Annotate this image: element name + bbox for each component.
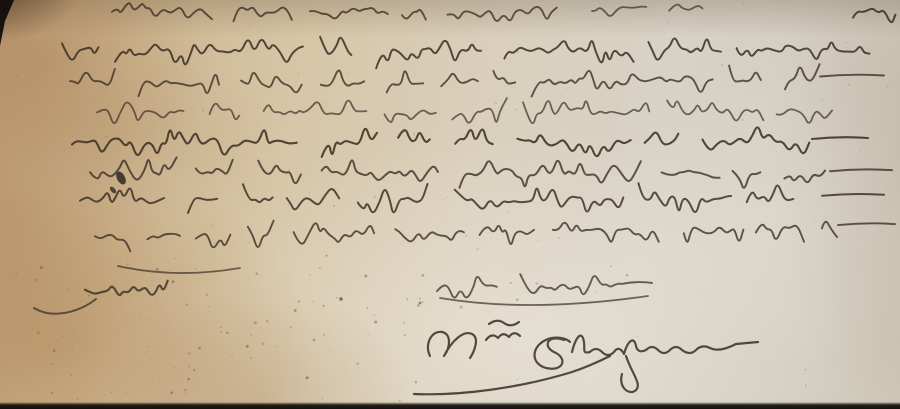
speck bbox=[697, 1, 699, 3]
speck bbox=[596, 292, 598, 294]
speck bbox=[298, 73, 300, 75]
speck bbox=[422, 301, 423, 302]
speck bbox=[312, 301, 313, 302]
speck bbox=[403, 132, 404, 133]
speck bbox=[105, 136, 107, 138]
speck bbox=[322, 398, 324, 400]
speck bbox=[306, 376, 309, 379]
flourish-underline-probatum bbox=[440, 296, 648, 305]
speck bbox=[846, 74, 848, 76]
speck bbox=[188, 366, 190, 368]
speck bbox=[17, 75, 19, 77]
manuscript-photo bbox=[0, 0, 900, 409]
speck bbox=[691, 360, 692, 361]
speck bbox=[267, 372, 268, 373]
speck bbox=[475, 344, 476, 345]
speck bbox=[173, 367, 175, 369]
speck bbox=[184, 389, 186, 391]
speck bbox=[415, 381, 417, 383]
speck bbox=[570, 167, 571, 168]
speck bbox=[406, 298, 408, 300]
handwriting-line-top-fragment-d bbox=[853, 9, 895, 22]
speck bbox=[73, 309, 74, 310]
speck bbox=[130, 373, 131, 374]
speck bbox=[186, 304, 188, 306]
speck bbox=[421, 274, 424, 277]
speck bbox=[15, 45, 17, 47]
speck bbox=[404, 334, 406, 336]
speck bbox=[848, 84, 850, 86]
photo-edge-corner bbox=[0, 0, 14, 46]
speck bbox=[637, 87, 638, 88]
speck bbox=[276, 346, 277, 347]
speck bbox=[202, 110, 204, 112]
speck bbox=[482, 75, 483, 76]
speck bbox=[367, 39, 368, 40]
speck bbox=[195, 269, 196, 270]
speck bbox=[322, 305, 324, 307]
speck bbox=[567, 88, 568, 89]
speck bbox=[125, 392, 127, 394]
speck bbox=[71, 374, 72, 375]
speck bbox=[288, 169, 290, 171]
speck bbox=[111, 392, 112, 393]
signature-stroke-0 bbox=[428, 332, 476, 358]
speck bbox=[258, 4, 259, 5]
speck bbox=[464, 326, 465, 327]
speck bbox=[857, 73, 858, 74]
speck bbox=[446, 197, 447, 198]
speck bbox=[212, 224, 214, 226]
shakespeare-signature bbox=[414, 321, 758, 395]
speck bbox=[151, 359, 152, 360]
speck bbox=[9, 81, 11, 83]
speck bbox=[16, 274, 17, 275]
speck bbox=[56, 109, 57, 110]
speck bbox=[187, 378, 190, 381]
handwriting-line-top-fragment-a bbox=[112, 3, 388, 21]
speck bbox=[221, 332, 223, 334]
speck bbox=[198, 347, 201, 350]
speck bbox=[325, 102, 326, 103]
speck bbox=[515, 109, 517, 111]
speck bbox=[860, 151, 862, 153]
speck bbox=[634, 199, 635, 200]
speck bbox=[517, 51, 519, 53]
speck bbox=[72, 346, 73, 347]
speck bbox=[805, 369, 807, 371]
speck bbox=[374, 315, 375, 316]
handwriting-lines bbox=[62, 3, 895, 297]
speck bbox=[193, 369, 195, 371]
speck bbox=[206, 294, 208, 296]
speck bbox=[53, 363, 54, 364]
speck bbox=[291, 86, 293, 88]
speck bbox=[149, 317, 151, 319]
speck bbox=[537, 240, 538, 241]
speck bbox=[846, 42, 848, 44]
speck bbox=[364, 275, 367, 278]
speck bbox=[37, 331, 40, 334]
speck bbox=[266, 320, 268, 322]
speck-group-foxing-bottom-left bbox=[16, 255, 425, 402]
speck bbox=[250, 334, 252, 336]
speck bbox=[821, 99, 823, 101]
speck bbox=[759, 76, 760, 77]
handwriting-line-top-fragment-b bbox=[402, 7, 557, 21]
handwriting-line-word-seale bbox=[85, 281, 168, 295]
speck bbox=[142, 330, 143, 331]
speck bbox=[309, 274, 310, 275]
speck bbox=[521, 274, 523, 276]
speck bbox=[170, 391, 173, 394]
speck bbox=[40, 266, 43, 269]
speck bbox=[666, 22, 667, 23]
speck bbox=[318, 267, 320, 269]
speck bbox=[773, 108, 774, 109]
speck bbox=[35, 279, 37, 281]
speck bbox=[403, 322, 405, 324]
speck bbox=[842, 158, 843, 159]
speck bbox=[721, 64, 723, 66]
speck bbox=[248, 242, 250, 244]
handwriting-line-line-7 bbox=[95, 221, 895, 252]
speck bbox=[309, 192, 310, 193]
speck bbox=[250, 357, 252, 359]
speck bbox=[246, 345, 249, 348]
speck bbox=[185, 393, 187, 395]
speck bbox=[367, 307, 369, 309]
speck bbox=[743, 3, 745, 5]
speck bbox=[254, 321, 257, 324]
speck bbox=[534, 7, 536, 9]
speck bbox=[330, 351, 331, 352]
speck bbox=[610, 266, 612, 268]
speck bbox=[465, 235, 467, 237]
handwriting-line-line-1 bbox=[62, 37, 869, 68]
speck bbox=[326, 255, 328, 257]
speck bbox=[249, 26, 250, 27]
handwriting-line-line-4 bbox=[72, 127, 868, 156]
speck bbox=[636, 336, 637, 337]
speck bbox=[417, 304, 420, 307]
speck bbox=[172, 280, 175, 283]
speck bbox=[51, 364, 52, 365]
speck bbox=[413, 133, 415, 135]
speck bbox=[460, 306, 463, 309]
ink-strokes bbox=[34, 3, 895, 394]
speck bbox=[256, 273, 258, 275]
speck bbox=[767, 195, 768, 196]
ink-blot-1 bbox=[109, 186, 118, 195]
signature-stroke-1 bbox=[486, 333, 520, 340]
speck bbox=[374, 196, 376, 198]
speck bbox=[621, 386, 622, 387]
speck bbox=[368, 334, 369, 335]
signature-stroke-4 bbox=[572, 336, 758, 355]
handwriting-line-line-3 bbox=[97, 98, 832, 123]
speck bbox=[672, 54, 673, 55]
speck bbox=[88, 295, 90, 297]
speck bbox=[294, 309, 297, 312]
flourish-underline-line7-left bbox=[118, 266, 240, 273]
signature-stroke-3 bbox=[535, 338, 570, 369]
signature-stroke-2 bbox=[489, 321, 519, 326]
speck bbox=[697, 294, 698, 295]
speck bbox=[51, 392, 53, 394]
speck bbox=[286, 367, 287, 368]
handwriting-line-top-fragment-c bbox=[592, 5, 703, 16]
speck bbox=[131, 95, 133, 97]
speck bbox=[626, 274, 628, 276]
speck bbox=[127, 263, 129, 265]
speck bbox=[356, 362, 359, 365]
ink-blot-2 bbox=[339, 297, 343, 301]
speck bbox=[510, 282, 512, 284]
speck bbox=[146, 346, 148, 348]
speck bbox=[231, 355, 232, 356]
speck bbox=[156, 268, 159, 271]
signature-stroke-5 bbox=[621, 356, 638, 392]
speck bbox=[77, 398, 79, 400]
handwriting-line-line-6 bbox=[80, 183, 884, 213]
speck bbox=[336, 297, 337, 298]
speck bbox=[498, 324, 500, 326]
handwriting-line-line-probatum bbox=[437, 274, 652, 298]
speck bbox=[636, 9, 637, 10]
speck bbox=[323, 334, 325, 336]
speck bbox=[51, 158, 52, 159]
speck bbox=[31, 207, 32, 208]
speck bbox=[188, 333, 189, 334]
speck bbox=[374, 321, 377, 324]
speck bbox=[508, 212, 509, 213]
speck bbox=[188, 352, 191, 355]
speck bbox=[558, 237, 560, 239]
speck bbox=[51, 296, 52, 297]
speck bbox=[220, 327, 221, 328]
speck bbox=[208, 306, 209, 307]
speck bbox=[805, 385, 807, 387]
speck bbox=[516, 299, 518, 301]
handwriting-layer bbox=[0, 0, 900, 409]
speck bbox=[741, 119, 743, 121]
speck bbox=[155, 296, 157, 298]
speck bbox=[584, 402, 586, 404]
handwriting-line-line-2 bbox=[70, 64, 884, 96]
speck bbox=[53, 350, 55, 352]
speck bbox=[419, 298, 421, 300]
speck bbox=[346, 73, 347, 74]
speck bbox=[62, 335, 64, 337]
speck bbox=[536, 282, 539, 285]
handwriting-line-line-5 bbox=[90, 157, 892, 187]
speck bbox=[446, 218, 447, 219]
speck bbox=[676, 146, 677, 147]
speck bbox=[333, 205, 335, 207]
speck bbox=[174, 258, 175, 259]
speck bbox=[313, 339, 316, 342]
speck bbox=[495, 102, 497, 104]
speck bbox=[262, 343, 264, 345]
speck bbox=[595, 400, 596, 401]
speck bbox=[257, 125, 259, 127]
speck bbox=[399, 400, 401, 402]
speck bbox=[785, 249, 786, 250]
speck bbox=[140, 314, 141, 315]
speck bbox=[159, 378, 160, 379]
speck bbox=[298, 300, 300, 302]
speck bbox=[517, 379, 519, 381]
speck bbox=[67, 289, 69, 291]
speck bbox=[83, 27, 85, 29]
speck bbox=[548, 229, 549, 230]
speck bbox=[171, 317, 172, 318]
speck bbox=[656, 93, 657, 94]
speck bbox=[886, 85, 888, 87]
speck bbox=[442, 199, 444, 201]
signature-stroke-6 bbox=[414, 356, 610, 394]
speck bbox=[226, 332, 228, 334]
speck bbox=[690, 50, 692, 52]
flourish-seale-left-swoop bbox=[34, 299, 96, 314]
speck bbox=[289, 326, 291, 328]
speck bbox=[477, 248, 479, 250]
ink-blot-3 bbox=[419, 302, 422, 305]
